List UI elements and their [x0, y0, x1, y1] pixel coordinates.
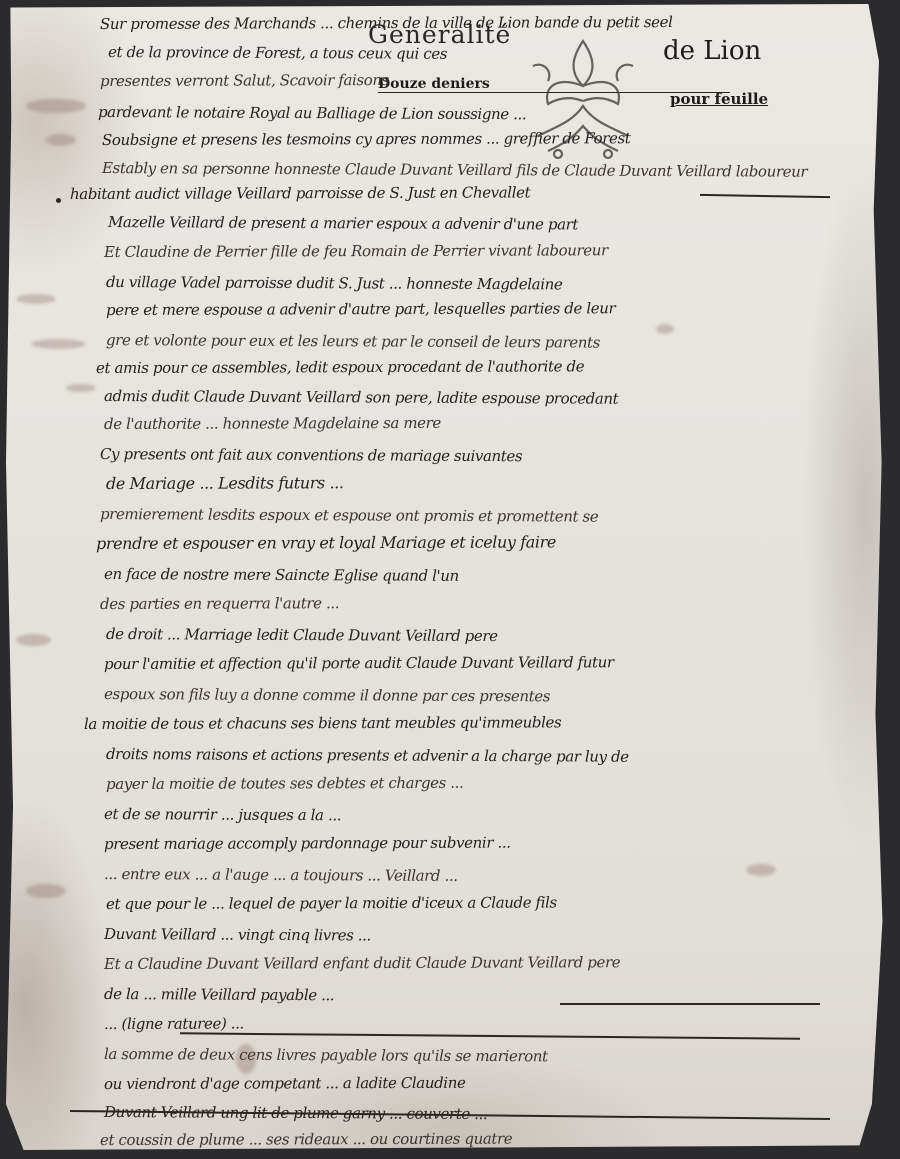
handwritten-line: en face de nostre mere Saincte Eglise qu… — [104, 565, 459, 585]
handwritten-line: et coussin de plume ... ses rideaux ... … — [100, 1130, 512, 1149]
handwritten-line: et de se nourrir ... jusques a la ... — [104, 805, 341, 824]
handwritten-line: de droit ... Marriage ledit Claude Duvan… — [106, 625, 498, 645]
handwritten-line: droits noms raisons et actions presents … — [106, 745, 629, 766]
document-scan: Generalité Douze deniers de Lion pour fe… — [0, 0, 900, 1159]
handwritten-line: habitant audict village Veillard parrois… — [70, 183, 530, 203]
handwritten-line: et amis pour ce assembles, ledit espoux … — [96, 357, 584, 377]
handwritten-line: ou viendront d'age competant ... a ladit… — [104, 1074, 465, 1093]
handwritten-line: la somme de deux cens livres payable lor… — [104, 1045, 548, 1065]
handwritten-line: pour l'amitie et affection qu'il porte a… — [104, 653, 614, 673]
handwritten-line: admis dudit Claude Duvant Veillard son p… — [104, 387, 618, 408]
handwritten-line: pere et mere espouse a advenir d'autre p… — [106, 299, 615, 319]
handwritten-line: de la ... mille Veillard payable ... — [104, 985, 334, 1004]
handwritten-line: Et a Claudine Duvant Veillard enfant dud… — [104, 953, 620, 973]
handwritten-line: prendre et espouser en vray et loyal Mar… — [96, 532, 556, 553]
handwritten-line: de l'authorite ... honneste Magdelaine s… — [104, 414, 441, 433]
handwritten-line: du village Vadel parroisse dudit S. Just… — [106, 273, 562, 293]
handwritten-line: Mazelle Veillard de present a marier esp… — [108, 213, 578, 233]
handwritten-line: et que pour le ... lequel de payer la mo… — [106, 893, 557, 913]
handwritten-line: ... entre eux ... a l'auge ... a toujour… — [104, 865, 458, 885]
handwritten-line: de Mariage ... Lesdits futurs ... — [106, 473, 344, 493]
handwritten-line: ... (ligne raturee) ... — [104, 1015, 244, 1033]
handwritten-line: Et Claudine de Perrier fille de feu Roma… — [104, 241, 608, 261]
handwritten-line: des parties en requerra l'autre ... — [100, 594, 339, 613]
handwritten-line: pardevant le notaire Royal au Balliage d… — [98, 103, 526, 123]
handwritten-line: presentes verront Salut, Scavoir faisons — [100, 71, 389, 90]
handwritten-line: Soubsigne et presens les tesmoins cy apr… — [102, 129, 630, 149]
handwritten-line: espoux son fils luy a donne comme il don… — [104, 685, 550, 705]
handwritten-line: Estably en sa personne honneste Claude D… — [102, 159, 807, 181]
handwritten-line: Duvant Veillard ... vingt cinq livres ..… — [104, 925, 371, 944]
handwritten-line: present mariage accomply pardonnage pour… — [104, 834, 511, 853]
handwritten-line: la moitie de tous et chacuns ses biens t… — [84, 713, 561, 733]
margin-mark — [56, 198, 61, 203]
handwritten-line: Cy presents ont fait aux conventions de … — [100, 445, 522, 465]
handwritten-line: et de la province de Forest, a tous ceux… — [108, 43, 447, 63]
handwritten-line: gre et volonte pour eux et les leurs et … — [106, 331, 600, 352]
handwritten-line: payer la moitie de toutes ses debtes et … — [106, 774, 463, 793]
strikethrough — [560, 1003, 820, 1005]
handwritten-line: Sur promesse des Marchands ... chemins d… — [100, 13, 673, 33]
handwritten-text-body: Sur promesse des Marchands ... chemins d… — [0, 0, 900, 1159]
handwritten-line: premierement lesdits espoux et espouse o… — [100, 505, 598, 526]
